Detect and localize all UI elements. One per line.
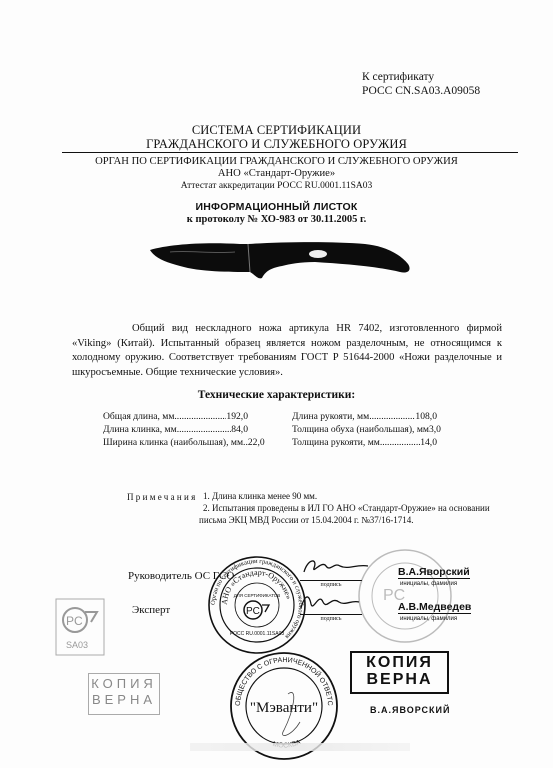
svg-text:PC: PC xyxy=(246,606,260,617)
spec-row: Длина рукояти, мм108,0 xyxy=(292,410,437,423)
spec-row: Толщина рукояти, мм14,0 xyxy=(292,436,437,449)
svg-text:PC: PC xyxy=(383,587,405,604)
svg-text:РОСС RU.0001.11SA03: РОСС RU.0001.11SA03 xyxy=(230,631,284,637)
expert-role: Эксперт xyxy=(132,604,170,616)
svg-text:PC: PC xyxy=(66,614,83,628)
ano-name: АНО «Стандарт-Оружие» xyxy=(0,168,553,179)
certificate-ref-line1: К сертификату xyxy=(362,70,480,84)
head-signature-caption: подпись xyxy=(300,580,362,588)
note-item: 1. Длина клинка менее 90 мм. xyxy=(203,490,490,502)
svg-text:ДЛЯ СЕРТИФИКАТОВ: ДЛЯ СЕРТИФИКАТОВ xyxy=(234,593,281,598)
note-item: 2. Испытания проведены в ИЛ ГО АНО «Стан… xyxy=(203,502,490,514)
svg-text:SA03: SA03 xyxy=(66,640,88,650)
scan-artifact xyxy=(190,743,410,751)
specs-title: Технические характеристики: xyxy=(0,389,553,401)
system-title-line1: СИСТЕМА СЕРТИФИКАЦИИ xyxy=(0,123,553,137)
copy-stamp-faded: КОПИЯ ВЕРНА xyxy=(88,673,160,715)
system-title: СИСТЕМА СЕРТИФИКАЦИИ ГРАЖДАНСКОГО И СЛУЖ… xyxy=(0,123,553,151)
svg-text:ОБЩЕСТВО С ОГРАНИЧЕННОЙ ОТВЕТС: ОБЩЕСТВО С ОГРАНИЧЕННОЙ ОТВЕТСТВЕННОСТЬЮ xyxy=(228,650,333,706)
copy-stamp-signer: В.А.ЯВОРСКИЙ xyxy=(370,705,450,715)
spec-row: Толщина обуха (наибольшая), мм3,0 xyxy=(292,423,437,436)
copy-stamp: КОПИЯ ВЕРНА xyxy=(350,651,449,694)
note-item: письма ЭКЦ МВД России от 15.04.2004 г. №… xyxy=(199,514,490,526)
certificate-reference: К сертификату РОСС CN.SA03.A09058 xyxy=(362,70,480,98)
faded-certification-stamp-icon: PC xyxy=(355,546,455,646)
description-paragraph: Общий вид нескладного ножа артикула HR 7… xyxy=(72,322,502,380)
header-divider xyxy=(62,152,518,153)
spec-row: Длина клинка, мм84,0 xyxy=(103,423,248,436)
certification-stamp-icon: Орган по сертификации гражданского и слу… xyxy=(207,555,307,655)
specs-left-column: Общая длина, мм192,0 Длина клинка, мм84,… xyxy=(103,410,248,449)
spec-row: Общая длина, мм192,0 xyxy=(103,410,248,423)
accreditation: Аттестат аккредитации РОСС RU.0001.11SA0… xyxy=(0,181,553,191)
svg-text:"Мэванти": "Мэванти" xyxy=(250,700,318,716)
specs-right-column: Длина рукояти, мм108,0 Толщина обуха (на… xyxy=(292,410,437,449)
organ-title: ОРГАН ПО СЕРТИФИКАЦИИ ГРАЖДАНСКОГО И СЛУ… xyxy=(0,155,553,168)
knife-photo-icon xyxy=(150,238,410,300)
notes-label: Примечания xyxy=(127,492,198,502)
expert-signature-caption: подпись xyxy=(300,614,362,622)
system-title-line2: ГРАЖДАНСКОГО И СЛУЖЕБНОГО ОРУЖИЯ xyxy=(0,137,553,151)
spec-row: Ширина клинка (наибольшая), мм.. 22,0 xyxy=(103,436,248,449)
notes-list: 1. Длина клинка менее 90 мм. 2. Испытани… xyxy=(203,490,490,526)
info-sheet-title: ИНФОРМАЦИОННЫЙ ЛИСТОК xyxy=(0,201,553,213)
certificate-ref-number: РОСС CN.SA03.A09058 xyxy=(362,84,480,98)
rst-certification-mark-icon: PC SA03 xyxy=(55,598,105,656)
info-sheet-subtitle: к протоколу № ХО-983 от 30.11.2005 г. xyxy=(0,214,553,225)
